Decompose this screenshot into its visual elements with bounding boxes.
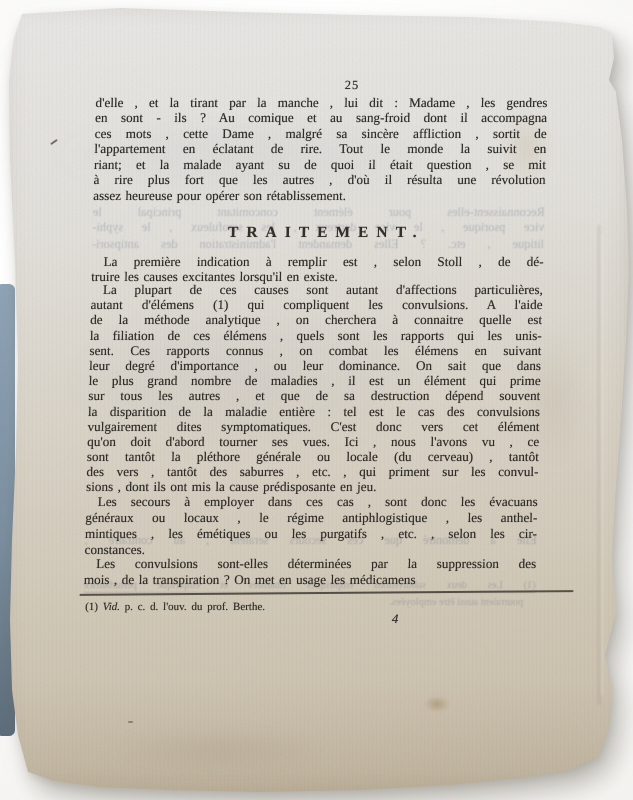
page-shadow-wrapper: 25 d'elle , et la tirant par la manche ,…	[0, 0, 633, 800]
photo-scene: 25 d'elle , et la tirant par la manche ,…	[0, 0, 633, 800]
deckled-edge-shading	[0, 0, 633, 800]
book-page: 25 d'elle , et la tirant par la manche ,…	[0, 0, 633, 800]
